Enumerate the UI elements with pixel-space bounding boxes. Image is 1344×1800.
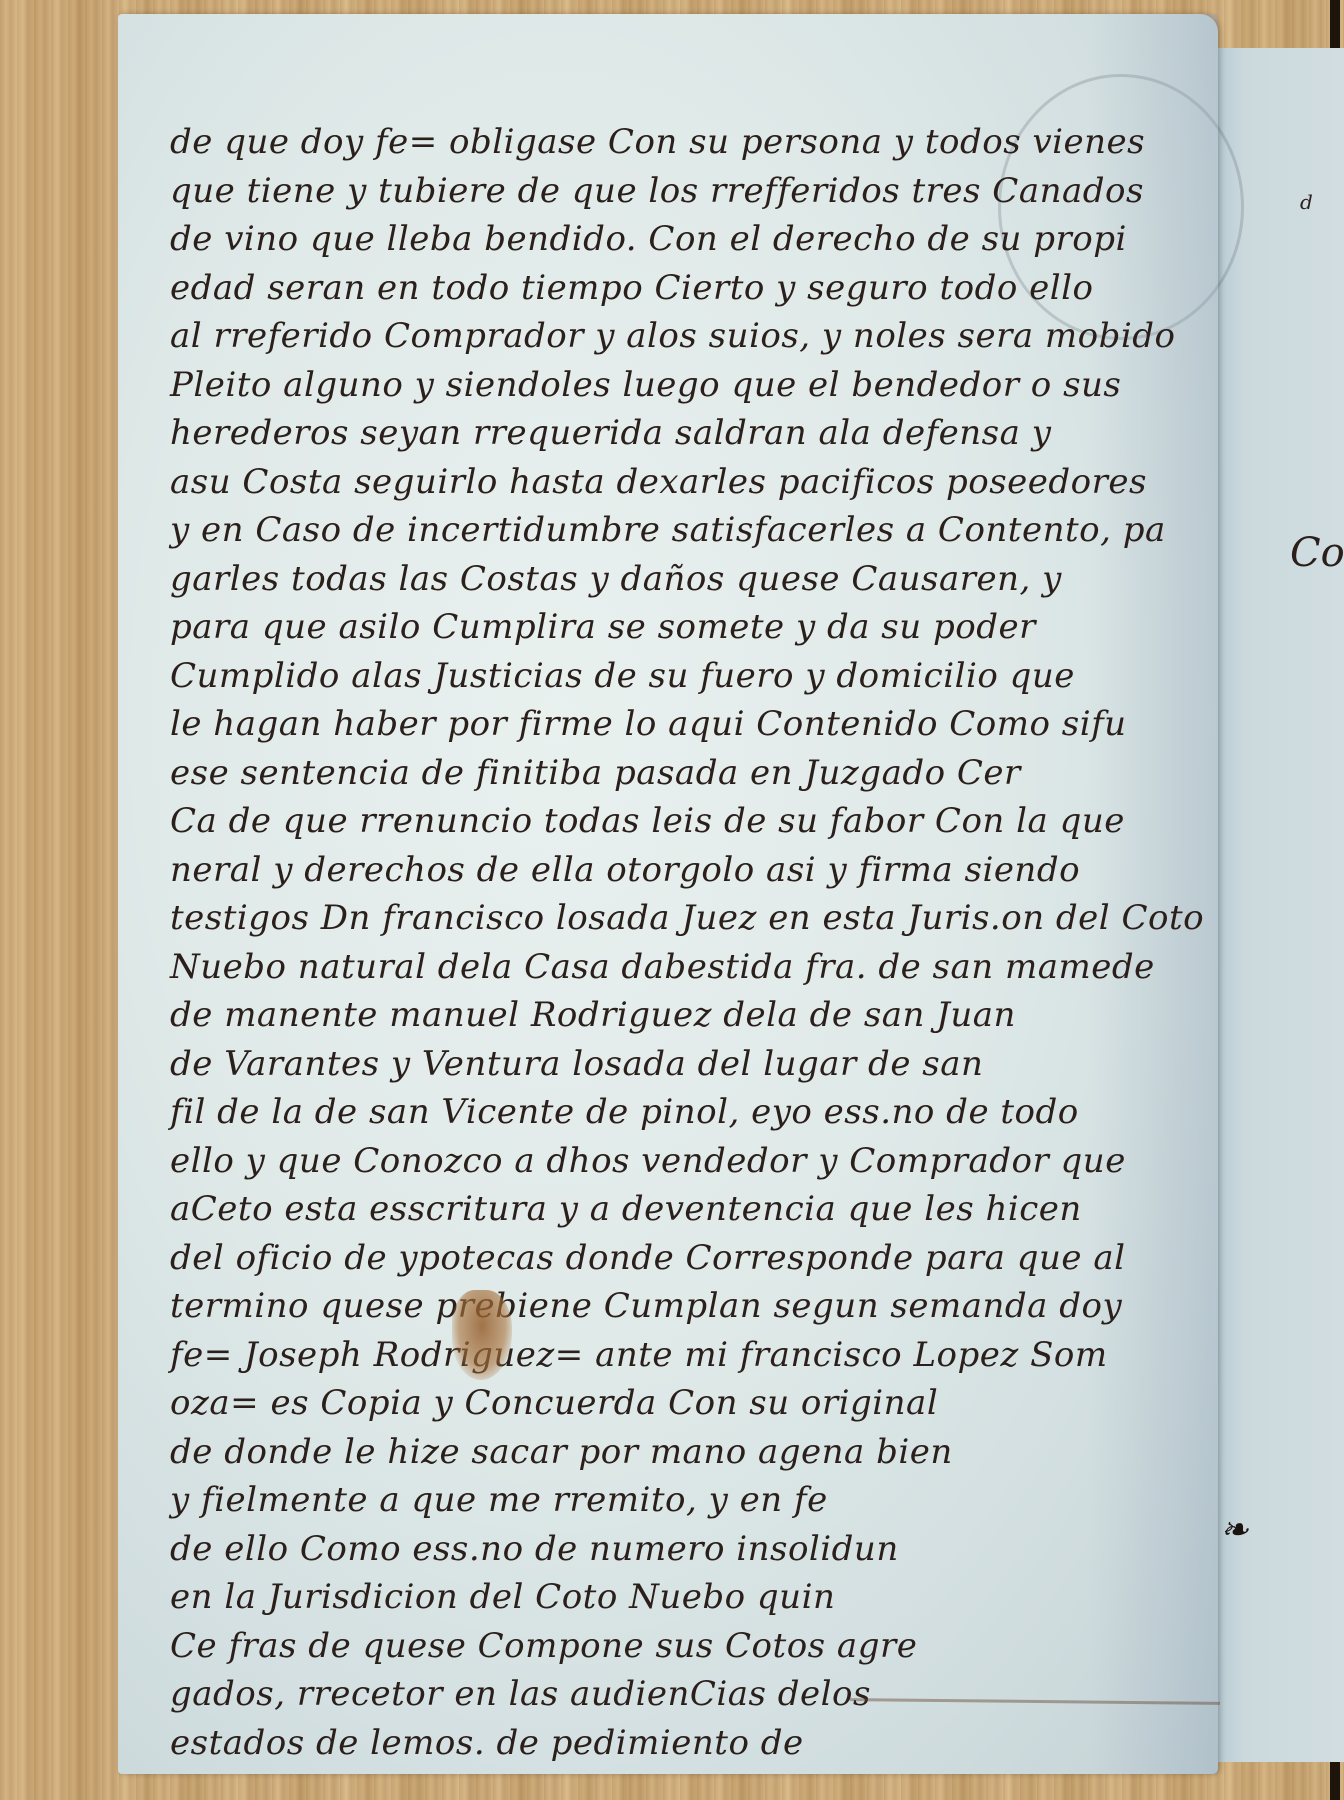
manuscript-line: Ce fras de quese Compone sus Cotos agre — [170, 1622, 1120, 1671]
manuscript-line: fe= Joseph Rodriguez= ante mi francisco … — [170, 1331, 1120, 1380]
manuscript-line: ese sentencia de finitiba pasada en Juzg… — [170, 749, 1120, 798]
manuscript-line: que tiene y tubiere de que los rrefferid… — [170, 167, 1120, 216]
manuscript-line: aCeto esta esscritura y a deventencia qu… — [170, 1185, 1120, 1234]
manuscript-line: le hagan haber por firme lo aqui Conteni… — [170, 700, 1120, 749]
manuscript-line: estados de lemos. de pedimiento de — [170, 1719, 1120, 1768]
manuscript-line: termino quese prebiene Cumplan segun sem… — [170, 1282, 1120, 1331]
manuscript-line: gados, rrecetor en las audienCias delos — [170, 1670, 1120, 1719]
manuscript-line: asu Costa seguirlo hasta dexarles pacifi… — [170, 458, 1120, 507]
manuscript-line: garles todas las Costas y daños quese Ca… — [170, 555, 1120, 604]
manuscript-line: edad seran en todo tiempo Cierto y segur… — [170, 264, 1120, 313]
manuscript-line: Nuebo natural dela Casa dabestida fra. d… — [170, 943, 1120, 992]
manuscript-text-block: de que doy fe= obligase Con su persona y… — [170, 118, 1120, 1767]
manuscript-line: para que asilo Cumplira se somete y da s… — [170, 603, 1120, 652]
manuscript-line: de Varantes y Ventura losada del lugar d… — [170, 1040, 1120, 1089]
manuscript-line: de vino que lleba bendido. Con el derech… — [170, 215, 1120, 264]
manuscript-line: herederos seyan rrequerida saldran ala d… — [170, 409, 1120, 458]
signature-flourish-icon: ❧ — [1220, 1510, 1249, 1550]
manuscript-line: de manente manuel Rodriguez dela de san … — [170, 991, 1120, 1040]
manuscript-line: ello y que Conozco a dhos vendedor y Com… — [170, 1137, 1120, 1186]
manuscript-line: y en Caso de incertidumbre satisfacerles… — [170, 506, 1120, 555]
manuscript-line: neral y derechos de ella otorgolo asi y … — [170, 846, 1120, 895]
manuscript-line: al rreferido Comprador y alos suios, y n… — [170, 312, 1120, 361]
manuscript-line: testigos Dn francisco losada Juez en est… — [170, 894, 1120, 943]
manuscript-line: del oficio de ypotecas donde Corresponde… — [170, 1234, 1120, 1283]
manuscript-line: fil de la de san Vicente de pinol, eyo e… — [170, 1088, 1120, 1137]
manuscript-line: y fielmente a que me rremito, y en fe — [170, 1476, 1120, 1525]
facing-page-partial-text: Co — [1290, 530, 1344, 576]
manuscript-line: oza= es Copia y Concuerda Con su origina… — [170, 1379, 1120, 1428]
manuscript-line: Ca de que rrenuncio todas leis de su fab… — [170, 797, 1120, 846]
manuscript-line: de que doy fe= obligase Con su persona y… — [170, 118, 1120, 167]
manuscript-line: de donde le hize sacar por mano agena bi… — [170, 1428, 1120, 1477]
manuscript-line: de ello Como ess.no de numero insolidun — [170, 1525, 1120, 1574]
facing-page-right — [1214, 48, 1344, 1762]
manuscript-line: Cumplido alas Justicias de su fuero y do… — [170, 652, 1120, 701]
manuscript-line: Pleito alguno y siendoles luego que el b… — [170, 361, 1120, 410]
facing-page-margin-text: d — [1300, 190, 1313, 214]
manuscript-line: en la Jurisdicion del Coto Nuebo quin — [170, 1573, 1120, 1622]
